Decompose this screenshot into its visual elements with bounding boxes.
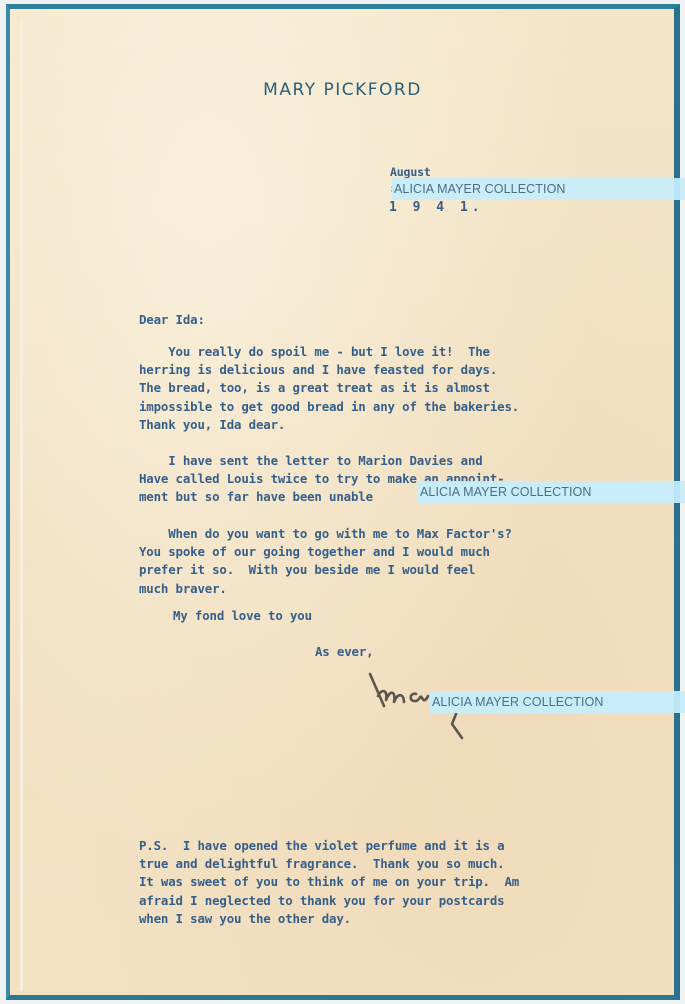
- paragraph-1: You really do spoil me - but I love it! …: [139, 343, 519, 434]
- paragraph-3: When do you want to go with me to Max Fa…: [139, 525, 512, 598]
- valediction: As ever,: [315, 643, 373, 661]
- postscript: P.S. I have opened the violet perfume an…: [139, 837, 519, 928]
- salutation: Dear Ida:: [139, 311, 205, 329]
- letterhead: MARY PICKFORD: [0, 80, 685, 100]
- watermark-band: ALICIA MAYER COLLECTION: [430, 691, 685, 713]
- closing-line: My fond love to you: [173, 607, 312, 625]
- date-year: 1 9 4 1.: [389, 199, 484, 217]
- watermark-band: ALICIA MAYER COLLECTION: [418, 481, 685, 503]
- paper-edge: [20, 19, 23, 991]
- watermark-band: ALICIA MAYER COLLECTION: [392, 178, 685, 200]
